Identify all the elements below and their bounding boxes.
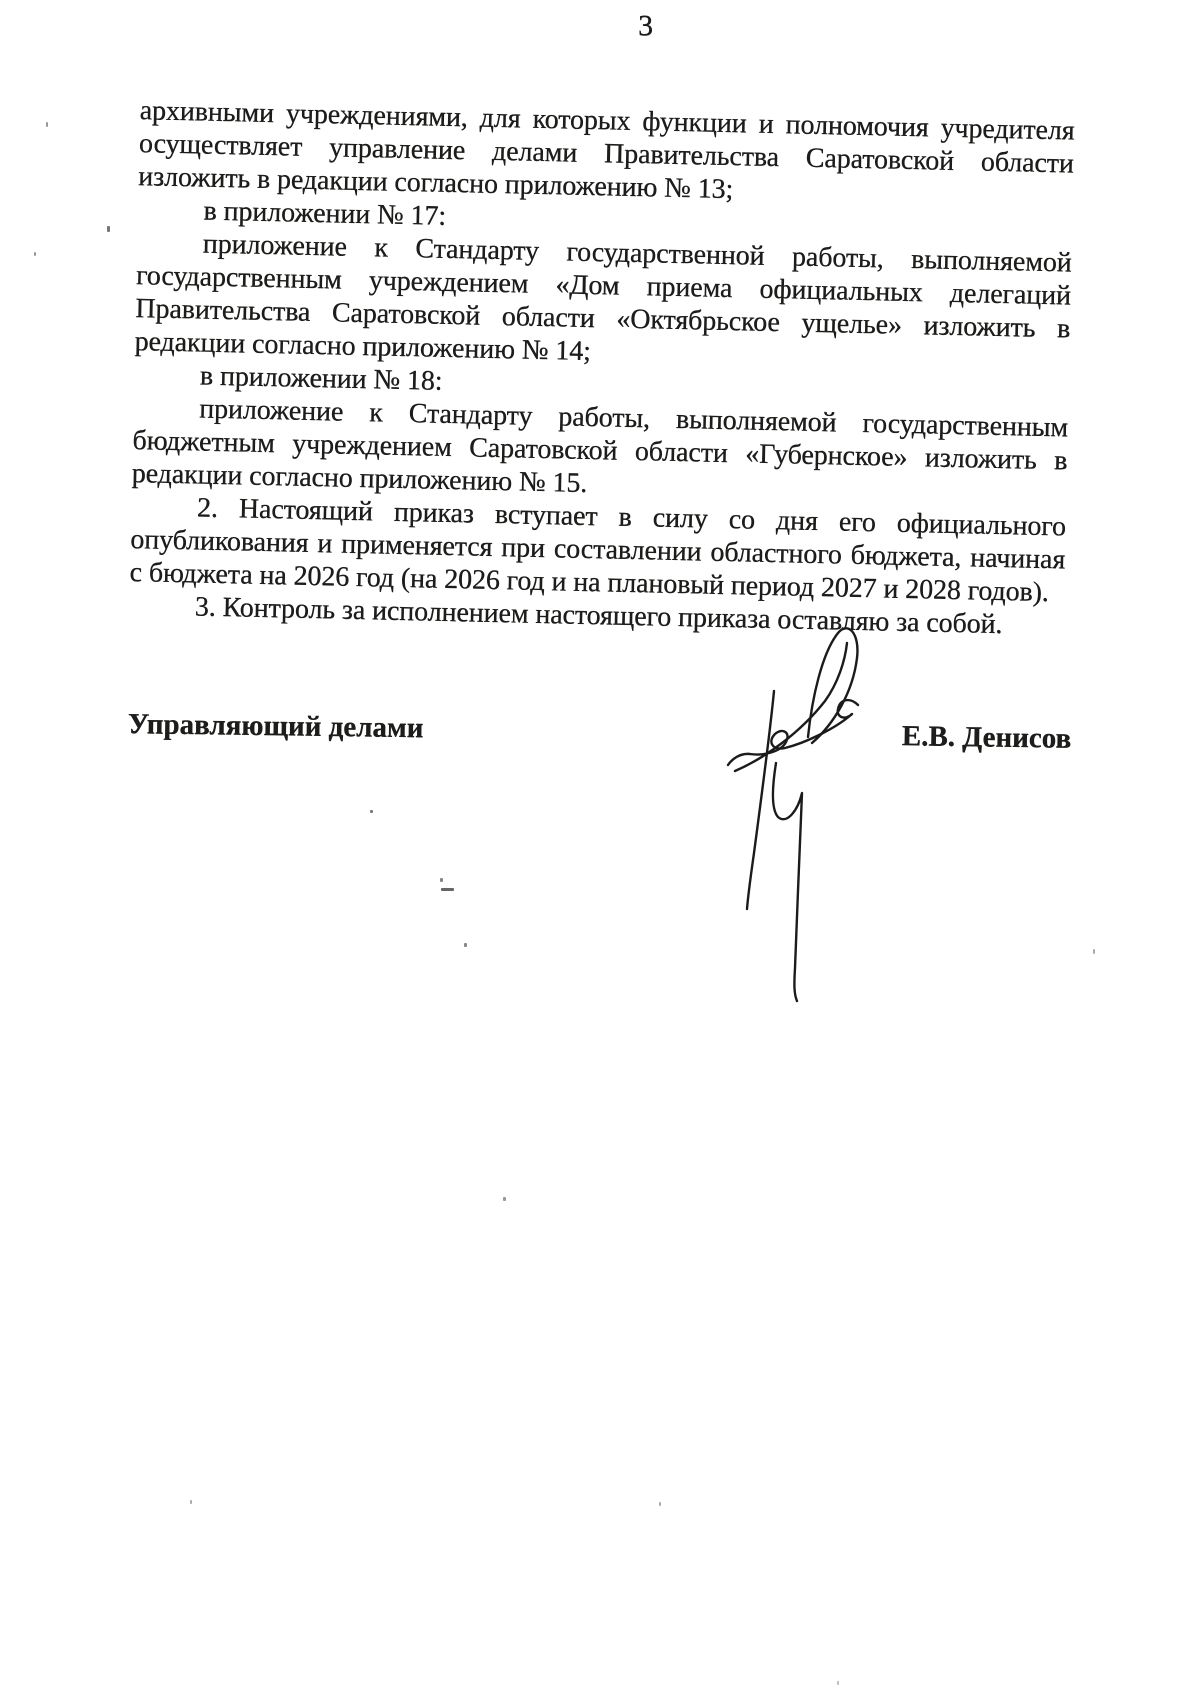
scan-speck [190, 1500, 192, 1504]
scan-speck [107, 226, 110, 232]
scan-speck [440, 878, 443, 882]
scan-speck [34, 252, 36, 256]
scan-speck [503, 1197, 506, 1201]
signoff-name: Е.В. Денисов [901, 720, 1071, 756]
handwritten-signature-icon [690, 613, 875, 1005]
scan-speck [837, 1681, 839, 1685]
scan-speck [46, 122, 48, 127]
document-body: архивными учреждениями, для которых функ… [128, 94, 1074, 642]
signoff-title: Управляющий делами [128, 708, 424, 745]
scan-speck [370, 810, 373, 813]
scanned-document-page: 3 архивными учреждениями, для которых фу… [0, 0, 1200, 1697]
scan-speck [659, 1502, 661, 1506]
page-number: 3 [638, 10, 654, 42]
scan-speck [441, 888, 454, 891]
scan-speck [1093, 949, 1095, 954]
scan-speck [464, 943, 467, 947]
